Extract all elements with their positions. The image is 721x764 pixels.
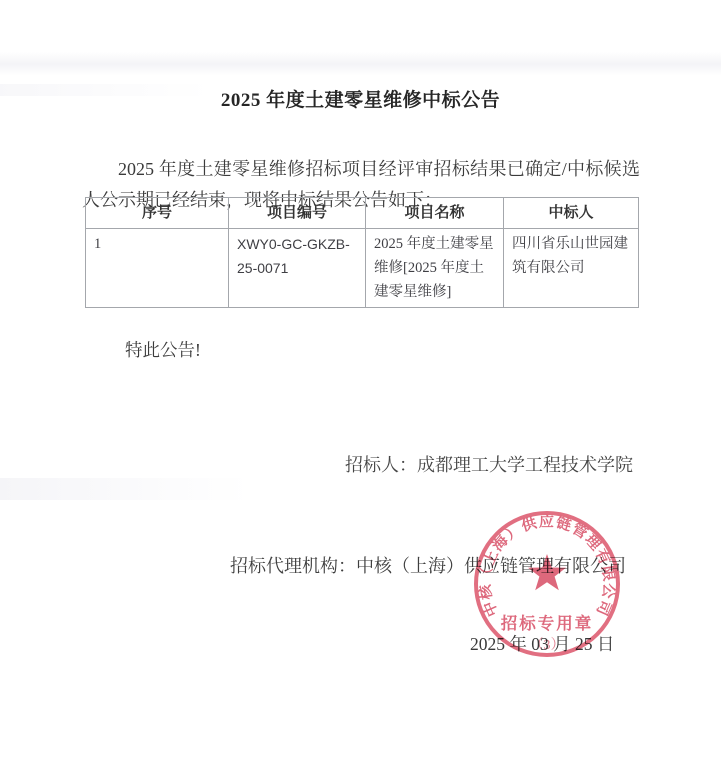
page-title: 2025 年度土建零星维修中标公告 [0, 85, 721, 112]
date-line: 2025 年 03 月 25 日 [470, 631, 614, 656]
header-winner: 中标人 [504, 198, 639, 229]
closing-statement: 特此公告! [125, 337, 201, 362]
cell-project-code: XWY0-GC-GKZB-25-0071 [229, 229, 366, 308]
results-table: 序号 项目编号 项目名称 中标人 1 XWY0-GC-GKZB-25-0071 … [85, 197, 639, 308]
header-seq: 序号 [86, 198, 229, 229]
agency-line: 招标代理机构：中核（上海）供应链管理有限公司 [230, 552, 626, 578]
announcement-page: 2025 年度土建零星维修中标公告 2025 年度土建零星维修招标项目经评审招标… [0, 0, 721, 764]
header-project-code: 项目编号 [229, 198, 366, 229]
table-row: 1 XWY0-GC-GKZB-25-0071 2025 年度土建零星维修[202… [86, 229, 639, 308]
cell-project-name: 2025 年度土建零星维修[2025 年度土建零星维修] [366, 229, 504, 308]
seal-label: 招标专用章 [500, 613, 594, 633]
scan-artifact [0, 478, 250, 500]
cell-winner: 四川省乐山世园建筑有限公司 [504, 229, 639, 308]
table-header-row: 序号 项目编号 项目名称 中标人 [86, 198, 639, 229]
scan-artifact [0, 52, 721, 76]
cell-seq: 1 [86, 229, 229, 308]
tenderer-line: 招标人：成都理工大学工程技术学院 [345, 451, 633, 477]
header-project-name: 项目名称 [366, 198, 504, 229]
